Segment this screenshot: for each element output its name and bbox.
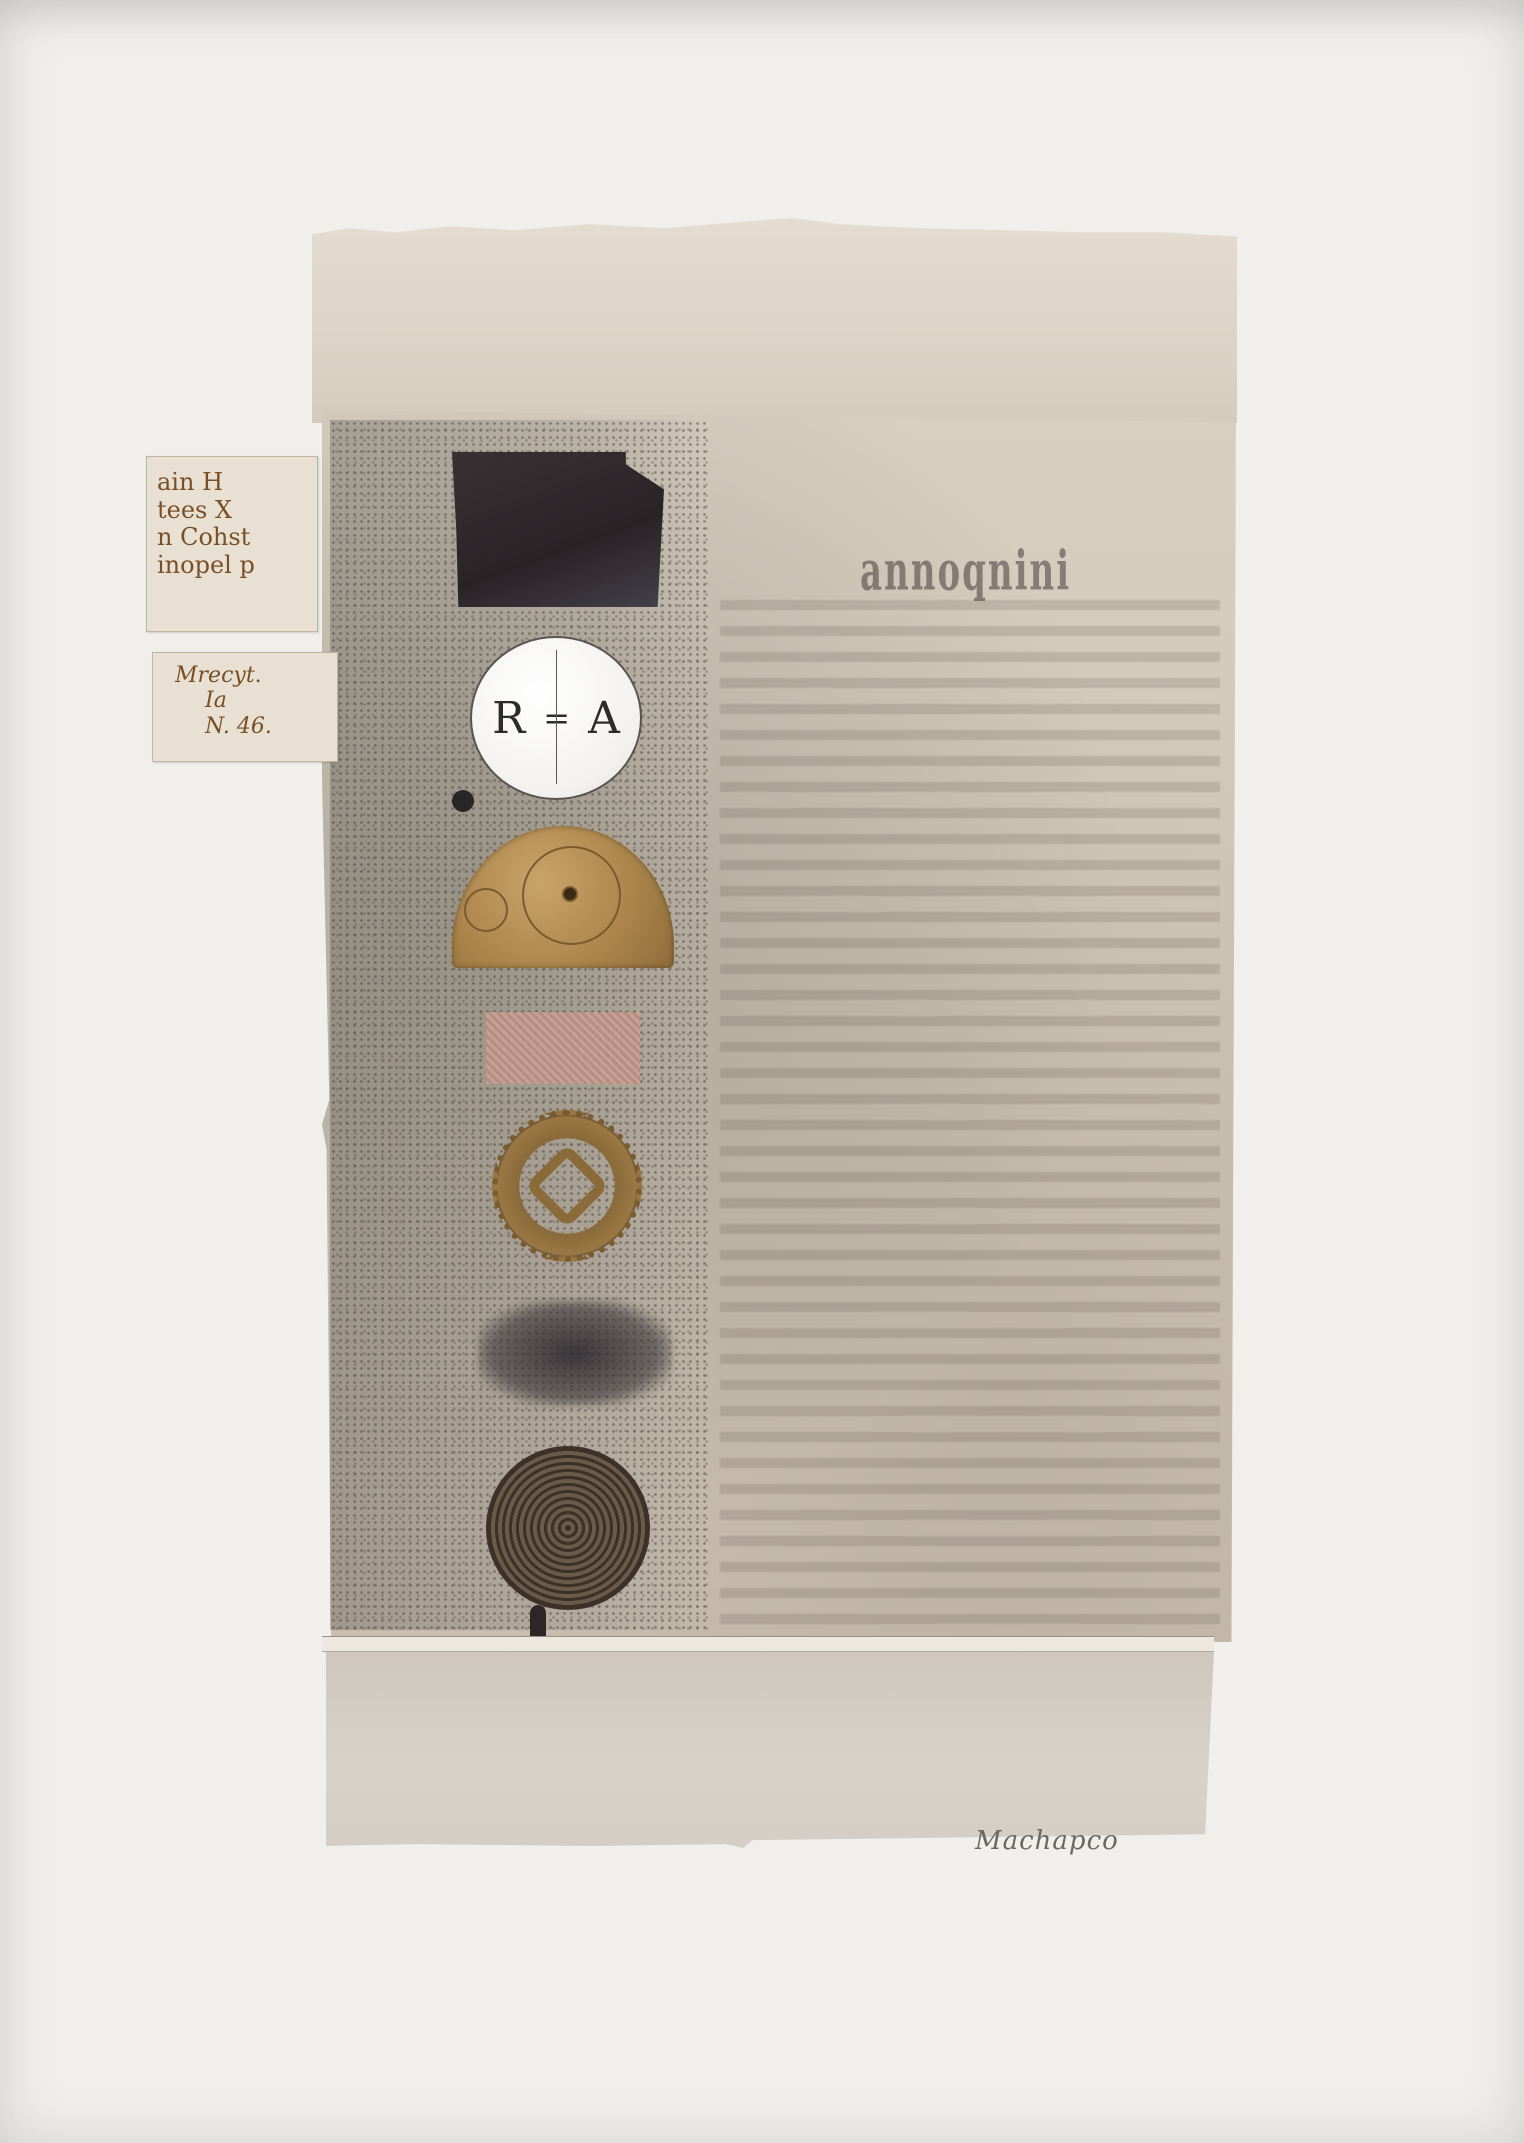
handwritten-label-2: Mrecyt. Ia N. 46. — [152, 652, 338, 762]
gear-hub — [525, 1144, 610, 1229]
enamel-disc: R = A — [470, 636, 642, 800]
brass-gear — [492, 1110, 642, 1262]
label-1-line: ain H — [157, 469, 307, 497]
plate-pivot — [562, 886, 578, 902]
torn-paper-top — [312, 218, 1237, 423]
disc-letter-left: R — [492, 693, 525, 744]
hairspring-coil — [486, 1446, 650, 1610]
label-2-line: N. 46. — [175, 714, 315, 739]
label-1-line: tees X — [157, 497, 307, 525]
white-paper-strip — [322, 1636, 1214, 1652]
handwritten-label-1: ain H tees X n Cohst inopel p — [146, 456, 318, 632]
label-1-line: inopel p — [157, 552, 307, 580]
manuscript-heading: annoqnini — [860, 540, 1071, 604]
arrow-line — [556, 650, 557, 784]
slate-rectangle — [452, 452, 664, 607]
label-1-line: n Cohst — [157, 524, 307, 552]
label-2-line: Mrecyt. — [175, 663, 315, 688]
manuscript-text-lines — [720, 600, 1220, 1630]
fabric-swatch — [486, 1012, 640, 1084]
dark-fuzzy-blob — [478, 1300, 672, 1406]
ink-dot — [452, 790, 474, 812]
label-2-line: Ia — [175, 688, 315, 713]
artist-signature: Machapco — [975, 1826, 1119, 1856]
torn-paper-bottom — [326, 1652, 1214, 1848]
disc-letter-right: A — [588, 693, 620, 744]
plate-hole — [464, 888, 508, 932]
